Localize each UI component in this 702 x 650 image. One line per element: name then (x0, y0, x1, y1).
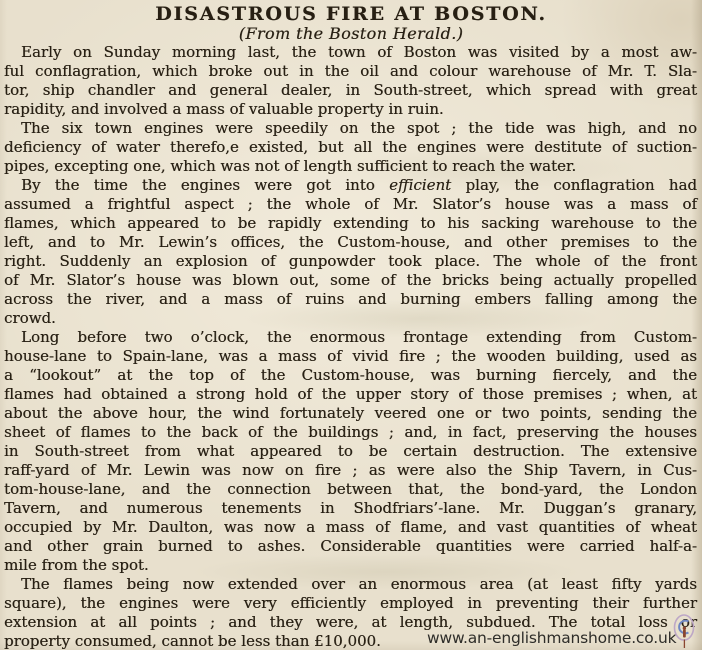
article-body: Early on Sunday morning last, the town o… (0, 42, 702, 650)
text-line: tor, ship chandler and general dealer, i… (4, 81, 697, 100)
text-segment: property consumed, cannot be less than £… (4, 632, 381, 650)
text-line: in South-street from what appeared to be… (4, 442, 697, 461)
newspaper-clipping: DISASTROUS FIRE AT BOSTON. (From the Bos… (0, 0, 702, 650)
text-line: sheet of flames to the back of the build… (4, 423, 697, 442)
text-segment: sheet of flames to the back of the build… (4, 423, 697, 441)
text-segment: pipes, excepting one, which was not of l… (4, 157, 576, 175)
text-segment: a “lookout” at the top of the Custom-hou… (4, 366, 697, 384)
text-segment: Tavern, and numerous tenements in Shodfr… (4, 499, 697, 517)
text-line: flames had obtained a strong hold of the… (4, 385, 697, 404)
text-segment: play, the conflagration had (451, 176, 697, 194)
text-line: The six town engines were speedily on th… (4, 119, 697, 138)
text-line: tom-house-lane, and the connection betwe… (4, 480, 697, 499)
text-segment: raff-yard of Mr. Lewin was now on fire ;… (4, 461, 697, 479)
text-segment: The flames being now extended over an en… (21, 575, 697, 593)
text-line: house-lane to Spain-lane, was a mass of … (4, 347, 697, 366)
text-line: square), the engines were very efficient… (4, 594, 697, 613)
text-line: deficiency of water therefo,e existed, b… (4, 138, 697, 157)
text-segment: deficiency of water therefo,e existed, b… (4, 138, 697, 156)
watermark-url: www.an-englishmanshome.co.uk (427, 629, 676, 647)
text-line: Tavern, and numerous tenements in Shodfr… (4, 499, 697, 518)
text-line: about the above hour, the wind fortunate… (4, 404, 697, 423)
text-segment: in South-street from what appeared to be… (4, 442, 697, 460)
englishmans-home-logo-icon (671, 612, 697, 650)
text-segment: of Mr. Slator’s house was blown out, som… (4, 271, 697, 289)
text-line: The flames being now extended over an en… (4, 575, 697, 594)
text-segment: square), the engines were very efficient… (4, 594, 697, 612)
text-segment: The six town engines were speedily on th… (21, 119, 697, 137)
emphasized-text: efficient (389, 176, 451, 194)
text-line: and other grain burned to ashes. Conside… (4, 537, 697, 556)
text-segment: assumed a frightful aspect ; the whole o… (4, 195, 697, 213)
text-segment: flames, which appeared to be rapidly ext… (4, 214, 697, 232)
text-segment: crowd. (4, 309, 56, 327)
text-segment: about the above hour, the wind fortunate… (4, 404, 697, 422)
text-segment: tor, ship chandler and general dealer, i… (4, 81, 697, 99)
text-segment: mile from the spot. (4, 556, 149, 574)
text-segment: ful conflagration, which broke out in th… (4, 62, 697, 80)
text-line: occupied by Mr. Daulton, was now a mass … (4, 518, 697, 537)
text-line: pipes, excepting one, which was not of l… (4, 157, 697, 176)
text-line: left, and to Mr. Lewin’s offices, the Cu… (4, 233, 697, 252)
text-segment: left, and to Mr. Lewin’s offices, the Cu… (4, 233, 697, 251)
text-segment: and other grain burned to ashes. Conside… (4, 537, 697, 555)
text-segment: flames had obtained a strong hold of the… (4, 385, 697, 403)
text-line: right. Suddenly an explosion of gunpowde… (4, 252, 697, 271)
text-segment: tom-house-lane, and the connection betwe… (4, 480, 697, 498)
text-segment: Early on Sunday morning last, the town o… (21, 43, 697, 61)
text-segment: across the river, and a mass of ruins an… (4, 290, 697, 308)
text-line: mile from the spot. (4, 556, 697, 575)
text-line: rapidity, and involved a mass of valuabl… (4, 100, 697, 119)
text-line: a “lookout” at the top of the Custom-hou… (4, 366, 697, 385)
text-line: Early on Sunday morning last, the town o… (4, 43, 697, 62)
text-segment: house-lane to Spain-lane, was a mass of … (4, 347, 697, 365)
text-segment: occupied by Mr. Daulton, was now a mass … (4, 518, 697, 536)
text-line: of Mr. Slator’s house was blown out, som… (4, 271, 697, 290)
text-line: across the river, and a mass of ruins an… (4, 290, 697, 309)
text-line: By the time the engines were got into ef… (4, 176, 697, 195)
text-line: Long before two o’clock, the enormous fr… (4, 328, 697, 347)
text-line: flames, which appeared to be rapidly ext… (4, 214, 697, 233)
text-line: assumed a frightful aspect ; the whole o… (4, 195, 697, 214)
article-source: (From the Boston Herald.) (0, 24, 702, 42)
text-segment: Long before two o’clock, the enormous fr… (21, 328, 697, 346)
text-line: crowd. (4, 309, 697, 328)
article-title: DISASTROUS FIRE AT BOSTON. (0, 0, 702, 24)
text-segment: By the time the engines were got into (21, 176, 389, 194)
text-segment: right. Suddenly an explosion of gunpowde… (4, 252, 697, 270)
text-line: ful conflagration, which broke out in th… (4, 62, 697, 81)
text-line: raff-yard of Mr. Lewin was now on fire ;… (4, 461, 697, 480)
text-segment: rapidity, and involved a mass of valuabl… (4, 100, 444, 118)
